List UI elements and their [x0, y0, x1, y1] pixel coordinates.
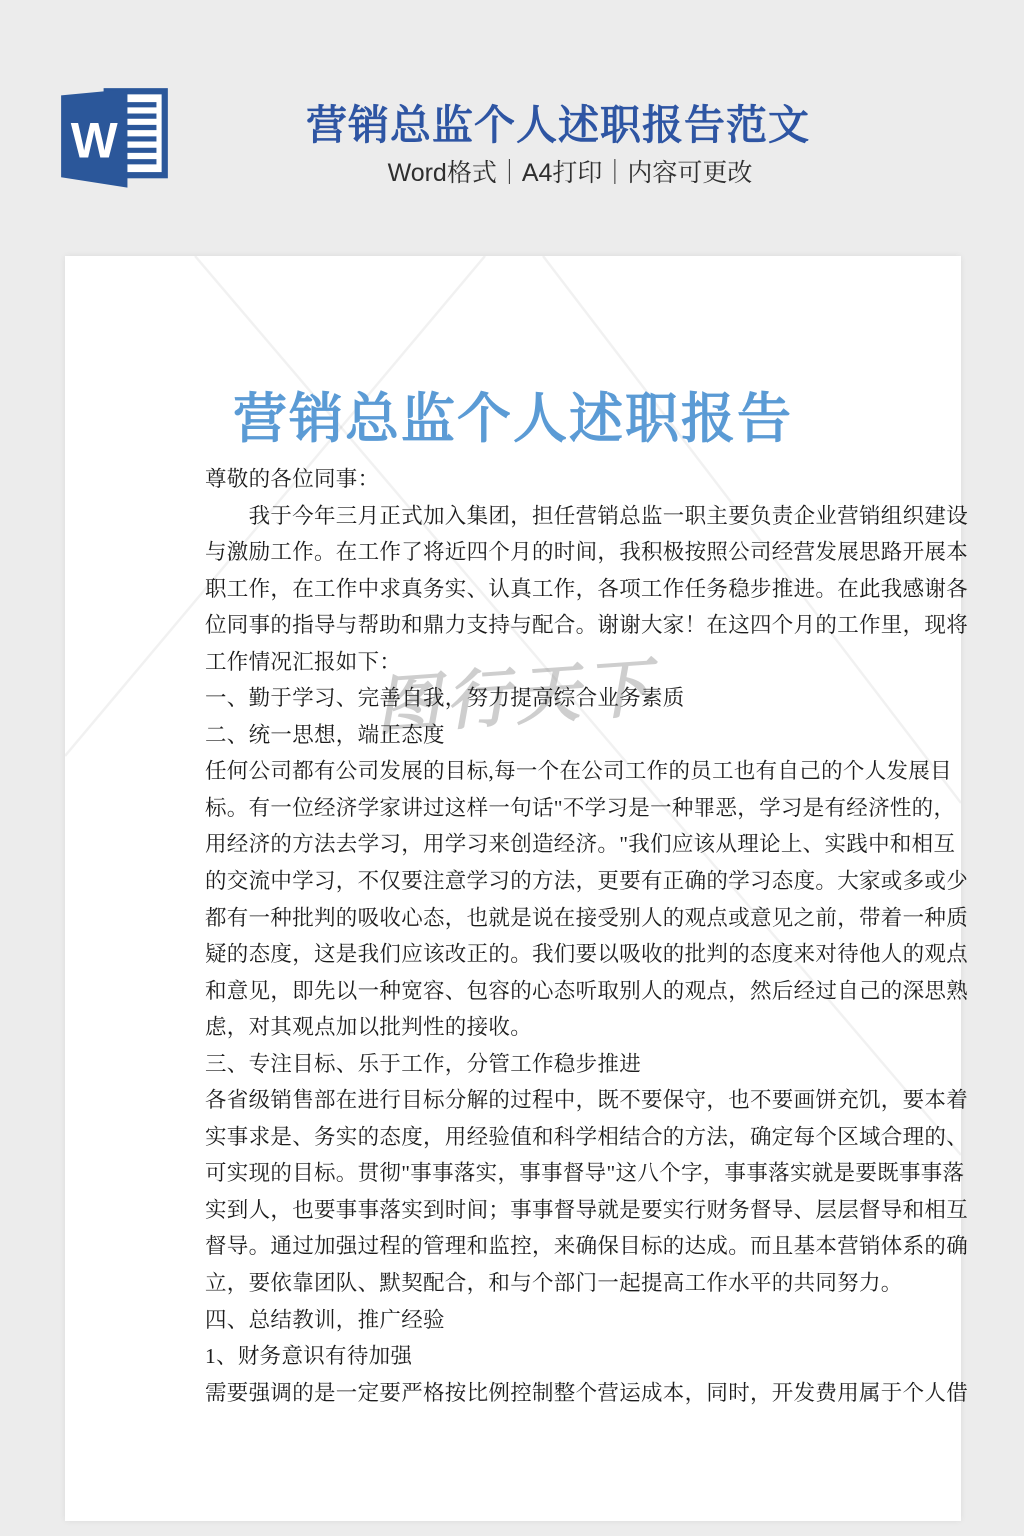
body-line: 可实现的目标。贯彻"事事落实，事事督导"这八个字，事事落实就是要既事事落: [205, 1155, 855, 1192]
body-line: 尊敬的各位同事：: [205, 461, 855, 498]
body-line: 三、专注目标、乐于工作，分管工作稳步推进: [205, 1046, 855, 1083]
template-preview-canvas: W 营销总监个人述职报告范文 Word格式｜A4打印｜内容可更改 图行天下 营销…: [0, 0, 1024, 1536]
body-line: 二、统一思想，端正态度: [205, 717, 855, 754]
template-subtitle: Word格式｜A4打印｜内容可更改: [0, 153, 1024, 189]
body-line: 和意见，即先以一种宽容、包容的心态听取别人的观点，然后经过自己的深思熟: [205, 973, 855, 1010]
body-line: 一、勤于学习、完善自我，努力提高综合业务素质: [205, 680, 855, 717]
document-page: 图行天下 营销总监个人述职报告 尊敬的各位同事： 我于今年三月正式加入集团，担任…: [65, 256, 961, 1521]
body-line: 各省级销售部在进行目标分解的过程中，既不要保守，也不要画饼充饥，要本着: [205, 1082, 855, 1119]
body-line: 四、总结教训，推广经验: [205, 1302, 855, 1339]
body-line: 标。有一位经济学家讲过这样一句话"不学习是一种罪恶，学习是有经济性的，: [205, 790, 855, 827]
document-body: 尊敬的各位同事： 我于今年三月正式加入集团，担任营销总监一职主要负责企业营销组织…: [205, 461, 855, 1411]
body-line: 需要强调的是一定要严格按比例控制整个营运成本，同时，开发费用属于个人借: [205, 1375, 855, 1412]
body-line: 实到人，也要事事落实到时间；事事督导就是要实行财务督导、层层督导和相互: [205, 1192, 855, 1229]
body-line: 都有一种批判的吸收心态，也就是说在接受别人的观点或意见之前，带着一种质: [205, 900, 855, 937]
body-line: 用经济的方法去学习，用学习来创造经济。"我们应该从理论上、实践中和相互: [205, 826, 855, 863]
body-line: 实事求是、务实的态度，用经验值和科学相结合的方法，确定每个区域合理的、: [205, 1119, 855, 1156]
body-line: 虑，对其观点加以批判性的接收。: [205, 1009, 855, 1046]
document-title: 营销总监个人述职报告: [65, 376, 961, 453]
body-line: 我于今年三月正式加入集团，担任营销总监一职主要负责企业营销组织建设: [205, 498, 855, 535]
body-line: 职工作，在工作中求真务实、认真工作，各项工作任务稳步推进。在此我感谢各: [205, 571, 855, 608]
body-line: 工作情况汇报如下：: [205, 644, 855, 681]
body-line: 1、财务意识有待加强: [205, 1338, 855, 1375]
body-line: 督导。通过加强过程的管理和监控，来确保目标的达成。而且基本营销体系的确: [205, 1228, 855, 1265]
body-line: 任何公司都有公司发展的目标,每一个在公司工作的员工也有自己的个人发展目: [205, 753, 855, 790]
template-title: 营销总监个人述职报告范文: [0, 92, 1024, 151]
body-line: 立，要依靠团队、默契配合，和与个部门一起提高工作水平的共同努力。: [205, 1265, 855, 1302]
body-line: 的交流中学习，不仅要注意学习的方法，更要有正确的学习态度。大家或多或少: [205, 863, 855, 900]
body-line: 位同事的指导与帮助和鼎力支持与配合。谢谢大家！在这四个月的工作里，现将: [205, 607, 855, 644]
body-line: 与激励工作。在工作了将近四个月的时间，我积极按照公司经营发展思路开展本: [205, 534, 855, 571]
body-line: 疑的态度，这是我们应该改正的。我们要以吸收的批判的态度来对待他人的观点: [205, 936, 855, 973]
